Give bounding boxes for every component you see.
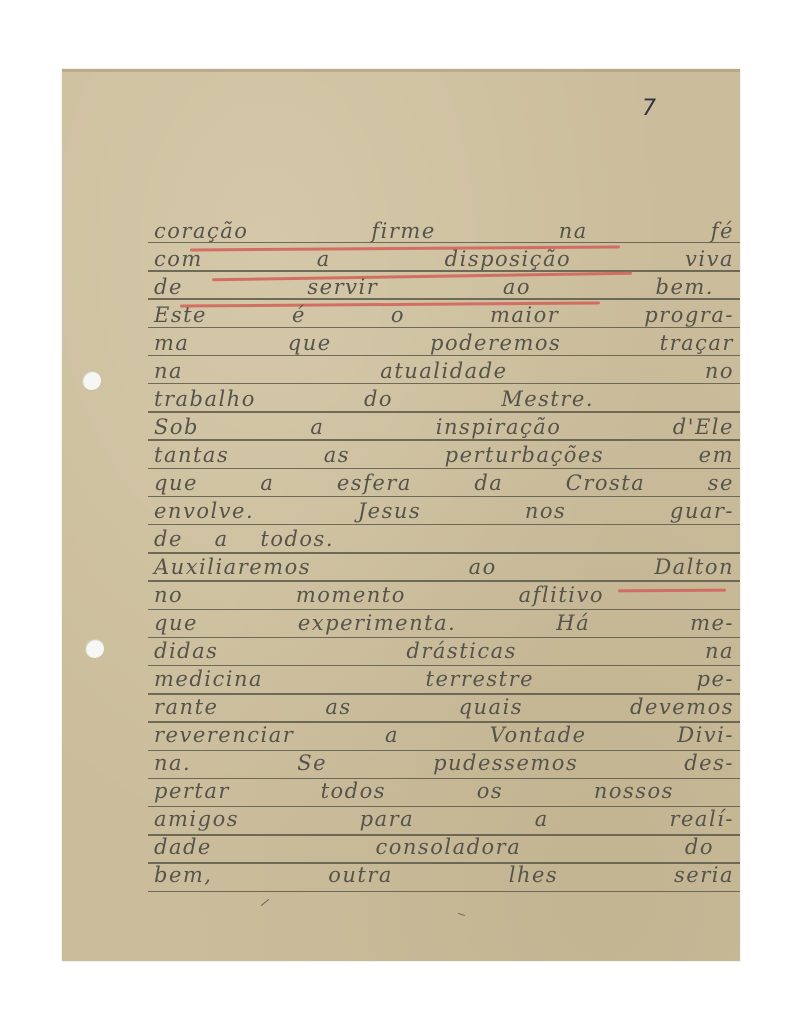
word: Há xyxy=(556,611,590,635)
word: na xyxy=(154,359,183,383)
word: realí- xyxy=(669,807,734,831)
word: na. xyxy=(154,751,191,775)
word: amigos xyxy=(154,807,239,831)
text-line-2: com a disposição viva xyxy=(154,245,734,271)
word: bem. xyxy=(656,275,714,299)
word: outra xyxy=(328,863,393,887)
word: ma xyxy=(154,331,189,355)
word: Crosta xyxy=(566,471,646,495)
word: as xyxy=(325,695,351,719)
word: Auxiliaremos xyxy=(154,555,311,579)
word: Divi- xyxy=(677,723,734,747)
word: de xyxy=(154,527,183,551)
word: esfera xyxy=(337,471,412,495)
text-line-15: que experimenta. Há me- xyxy=(154,609,734,635)
word: maior xyxy=(490,303,559,327)
paper-top-edge xyxy=(62,69,740,72)
word: nos xyxy=(525,499,566,523)
word: bem, xyxy=(154,863,212,887)
word: Este xyxy=(154,303,207,327)
word: traçar xyxy=(660,331,734,355)
word: me- xyxy=(690,611,734,635)
text-line-1: coração firme na fé xyxy=(154,217,734,243)
word: inspiração xyxy=(436,415,562,439)
word: todos. xyxy=(260,527,334,551)
word: do xyxy=(685,835,714,859)
word: devemos xyxy=(630,695,734,719)
punch-hole-bottom xyxy=(85,639,104,658)
word: lhes xyxy=(509,863,558,887)
text-line-4: Este é o maior progra- xyxy=(154,301,734,327)
word: viva xyxy=(685,247,734,271)
word: no xyxy=(154,583,183,607)
text-line-22: amigos para a realí- xyxy=(154,805,734,831)
word: quais xyxy=(459,695,523,719)
text-line-11: envolve. Jesus nos guar- xyxy=(154,497,734,523)
word: atualidade xyxy=(380,359,507,383)
word-dalton: Dalton xyxy=(654,555,734,579)
word: drásticas xyxy=(406,639,517,663)
page-number: 7 xyxy=(642,96,656,121)
word: as xyxy=(324,443,350,467)
word: nossos xyxy=(594,779,674,803)
word: pe- xyxy=(697,667,734,691)
word: terrestre xyxy=(426,667,535,691)
word: ao xyxy=(469,555,497,579)
word: disposição xyxy=(445,247,571,271)
word: tantas xyxy=(154,443,229,467)
text-line-24: bem, outra lhes seria xyxy=(154,861,734,887)
text-line-14: no momento aflitivo xyxy=(154,581,604,607)
text-line-23: dade consoladora do xyxy=(154,833,714,859)
word: a xyxy=(260,471,274,495)
word: Mestre. xyxy=(501,387,594,411)
text-line-5: ma que poderemos traçar xyxy=(154,329,734,355)
text-line-18: rante as quais devemos xyxy=(154,693,734,719)
word: a xyxy=(535,807,549,831)
word: do xyxy=(364,387,393,411)
word: pertar xyxy=(154,779,230,803)
word: consoladora xyxy=(376,835,522,859)
word: de xyxy=(154,275,183,299)
word: dade xyxy=(154,835,212,859)
text-line-7: trabalho do Mestre. xyxy=(154,385,594,411)
word: que xyxy=(288,331,332,355)
word: se xyxy=(708,471,734,495)
word: progra- xyxy=(644,303,734,327)
text-line-20: na. Se pudessemos des- xyxy=(154,749,734,775)
word: Jesus xyxy=(358,499,421,523)
word: experimenta. xyxy=(298,611,456,635)
word: reverenciar xyxy=(154,723,294,747)
text-line-13: Auxiliaremos ao Dalton xyxy=(154,553,734,579)
word: seria xyxy=(674,863,734,887)
text-line-17: medicina terrestre pe- xyxy=(154,665,734,691)
word: o xyxy=(391,303,405,327)
word: momento xyxy=(296,583,406,607)
punch-hole-top xyxy=(82,371,101,390)
text-line-8: Sob a inspiração d'Ele xyxy=(154,413,734,439)
word: a xyxy=(310,415,324,439)
text-line-6: na atualidade no xyxy=(154,357,734,383)
word: com xyxy=(154,247,203,271)
word: na xyxy=(559,219,588,243)
text-line-16: didas drásticas na xyxy=(154,637,734,663)
text-line-12: de a todos. xyxy=(154,525,334,551)
pencil-mark xyxy=(261,899,269,906)
word: guar- xyxy=(670,499,734,523)
text-line-19: reverenciar a Vontade Divi- xyxy=(154,721,734,747)
word: a xyxy=(215,527,229,551)
word: Sob xyxy=(154,415,199,439)
word: é xyxy=(292,303,306,327)
word: Se xyxy=(297,751,327,775)
word: poderemos xyxy=(430,331,561,355)
word: envolve. xyxy=(154,499,254,523)
word: coração xyxy=(154,219,248,243)
word: na xyxy=(705,639,734,663)
word: que xyxy=(154,471,198,495)
word: a xyxy=(385,723,399,747)
pencil-mark xyxy=(458,913,465,917)
text-line-21: pertar todos os nossos xyxy=(154,777,674,803)
word: d'Ele xyxy=(673,415,734,439)
word: pudessemos xyxy=(433,751,578,775)
word: fé xyxy=(711,219,734,243)
text-line-9: tantas as perturbações em xyxy=(154,441,734,467)
word: no xyxy=(705,359,734,383)
word: firme xyxy=(371,219,435,243)
word: Vontade xyxy=(490,723,587,747)
word: todos xyxy=(321,779,386,803)
word: medicina xyxy=(154,667,263,691)
word: perturbações xyxy=(445,443,604,467)
word: trabalho xyxy=(154,387,256,411)
word: que xyxy=(154,611,198,635)
ruled-line xyxy=(148,891,740,892)
word: da xyxy=(474,471,503,495)
word: para xyxy=(360,807,415,831)
word: ao xyxy=(503,275,531,299)
text-line-3: de servir ao bem. xyxy=(154,273,714,299)
word: des- xyxy=(684,751,734,775)
word: em xyxy=(699,443,734,467)
word: servir xyxy=(307,275,378,299)
word: rante xyxy=(154,695,218,719)
ruled-line xyxy=(148,355,740,356)
text-line-10: que a esfera da Crosta se xyxy=(154,469,734,495)
word: didas xyxy=(154,639,218,663)
word: os xyxy=(477,779,503,803)
red-underline-dalton xyxy=(618,589,726,593)
manuscript-page: 7 coração firme na fé com a disposição v… xyxy=(62,69,740,961)
word: aflitivo xyxy=(519,583,604,607)
word: a xyxy=(317,247,331,271)
